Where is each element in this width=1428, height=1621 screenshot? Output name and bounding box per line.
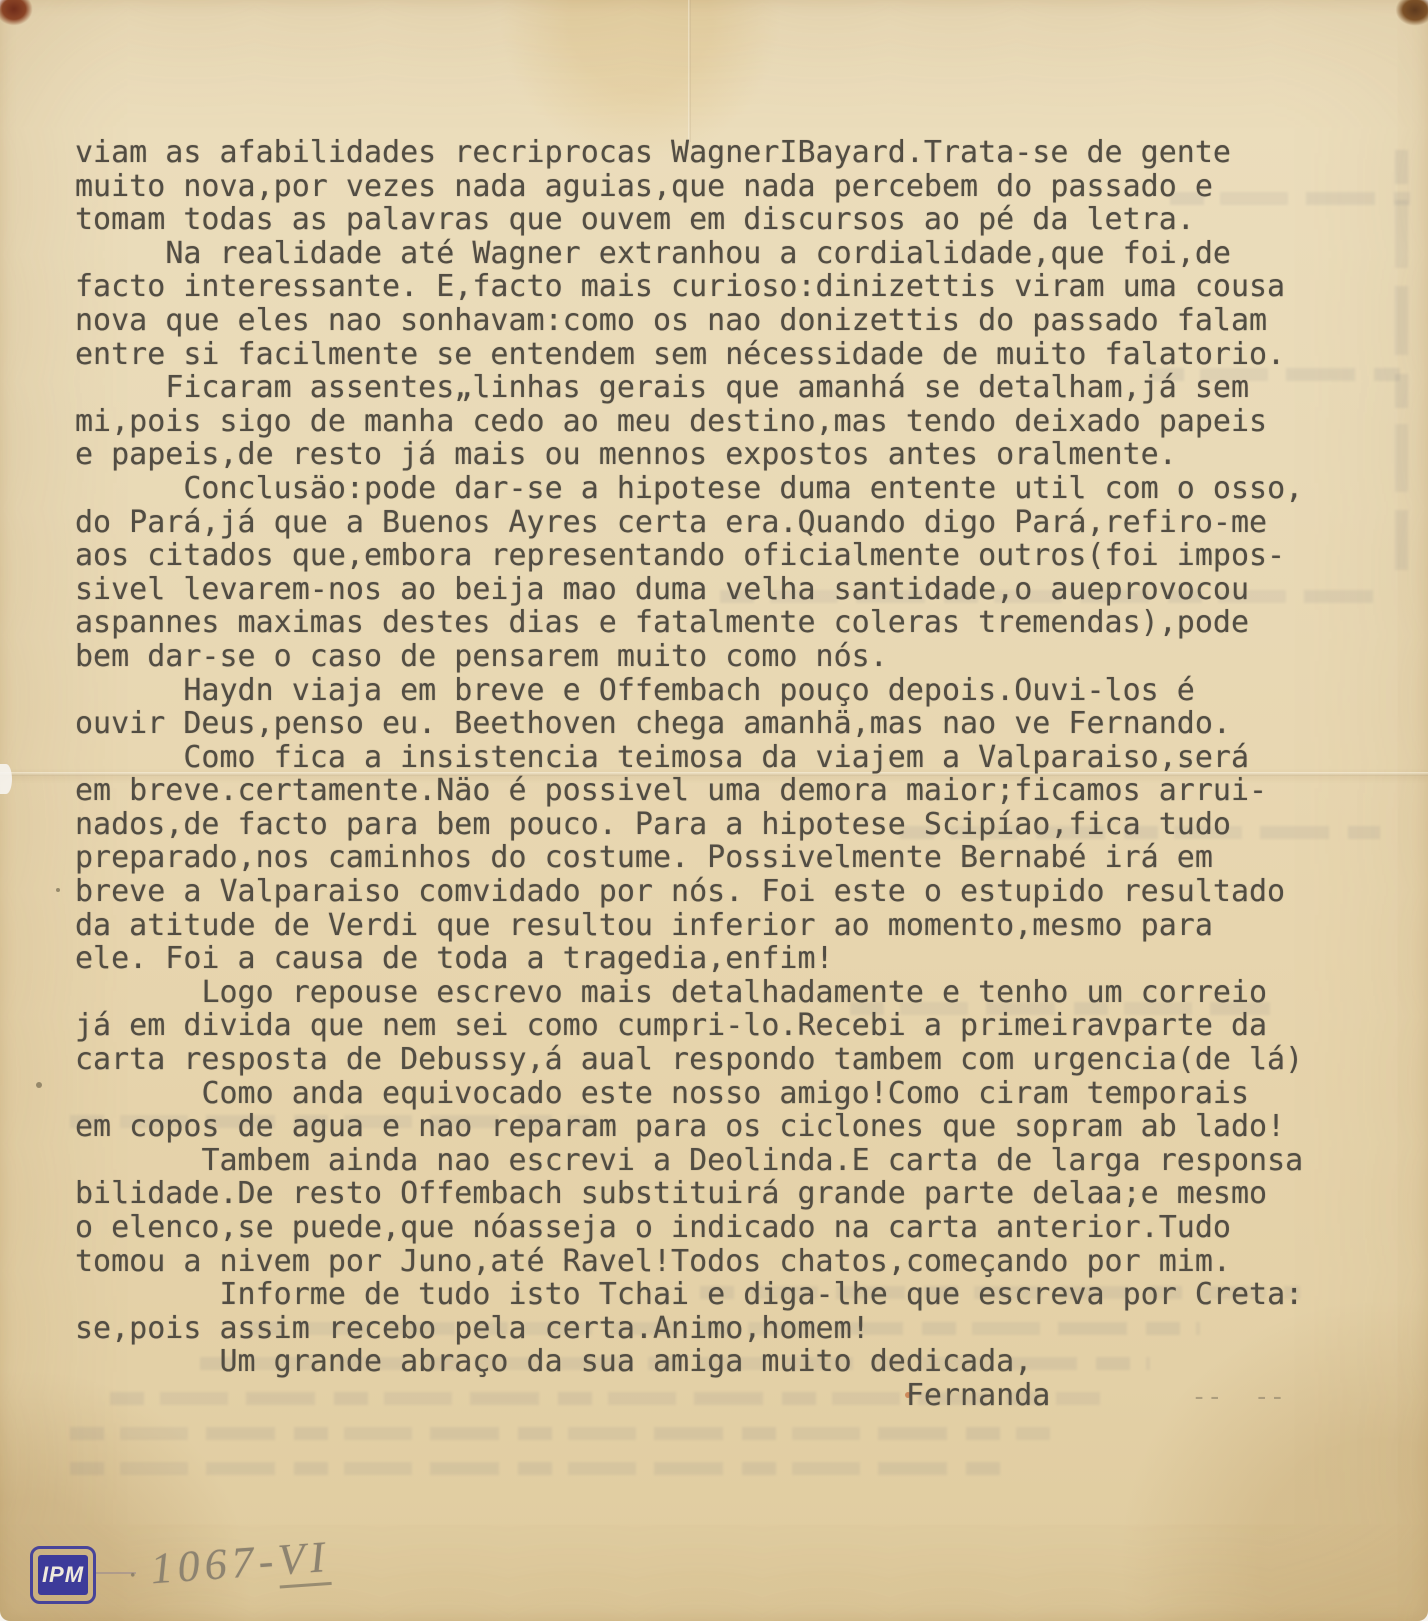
letter-paragraph-10: Informe de tudo isto Tchai e diga-lhe qu…: [75, 1278, 1405, 1345]
letter-paragraph-8: Como anda equivocado este nosso amigo!Co…: [75, 1077, 1405, 1144]
letter-paragraph-4: Conclusäo:pode dar-se a hipotese duma en…: [75, 472, 1405, 674]
corner-stain-top-left: [0, 0, 40, 32]
ink-speck: [56, 888, 60, 892]
letter-body: viam as afabilidades recriprocas WagnerI…: [75, 136, 1405, 1415]
pencil-tick: ·: [127, 1558, 142, 1592]
fold-crease-vertical: [688, 0, 691, 142]
signature-row: Fernanda-- --: [75, 1379, 1405, 1415]
ink-speck: [36, 1082, 42, 1088]
letter-paragraph-11: Um grande abraço da sua amiga muito dedi…: [75, 1345, 1405, 1379]
corner-stain-top-right: [1388, 0, 1428, 32]
letter-paragraph-7: Logo repouse escrevo mais detalhadamente…: [75, 976, 1405, 1077]
letter-paragraph-5: Haydn viaja em breve e Offembach pouço d…: [75, 674, 1405, 741]
edge-tear: [0, 764, 12, 794]
pencil-dashes: -- --: [1191, 1382, 1285, 1412]
signature: Fernanda: [906, 1378, 1051, 1413]
paper-background: viam as afabilidades recriprocas WagnerI…: [0, 0, 1428, 1621]
letter-paragraph-1: viam as afabilidades recriprocas WagnerI…: [75, 136, 1405, 237]
inventory-prefix: 1067-: [149, 1536, 280, 1594]
scanned-letter-page: viam as afabilidades recriprocas WagnerI…: [0, 0, 1428, 1621]
letter-paragraph-3: Ficaram assentes„linhas gerais que amanh…: [75, 371, 1405, 472]
letter-paragraph-9: Tambem ainda nao escrevi a Deolinda.E ca…: [75, 1144, 1405, 1278]
ipm-archive-stamp: IPM: [30, 1546, 96, 1604]
inventory-number: ·1067-VI: [126, 1531, 331, 1596]
stamp-label: IPM: [42, 1562, 84, 1588]
stamp-inner-box: IPM: [38, 1555, 88, 1595]
letter-paragraph-6: Como fica a insistencia teimosa da viaje…: [75, 741, 1405, 976]
inventory-suffix: VI: [276, 1532, 331, 1588]
bleedthrough-smudge: [70, 1427, 1050, 1440]
letter-paragraph-2: Na realidade até Wagner extranhou a cord…: [75, 237, 1405, 371]
bleedthrough-smudge: [70, 1462, 1000, 1475]
